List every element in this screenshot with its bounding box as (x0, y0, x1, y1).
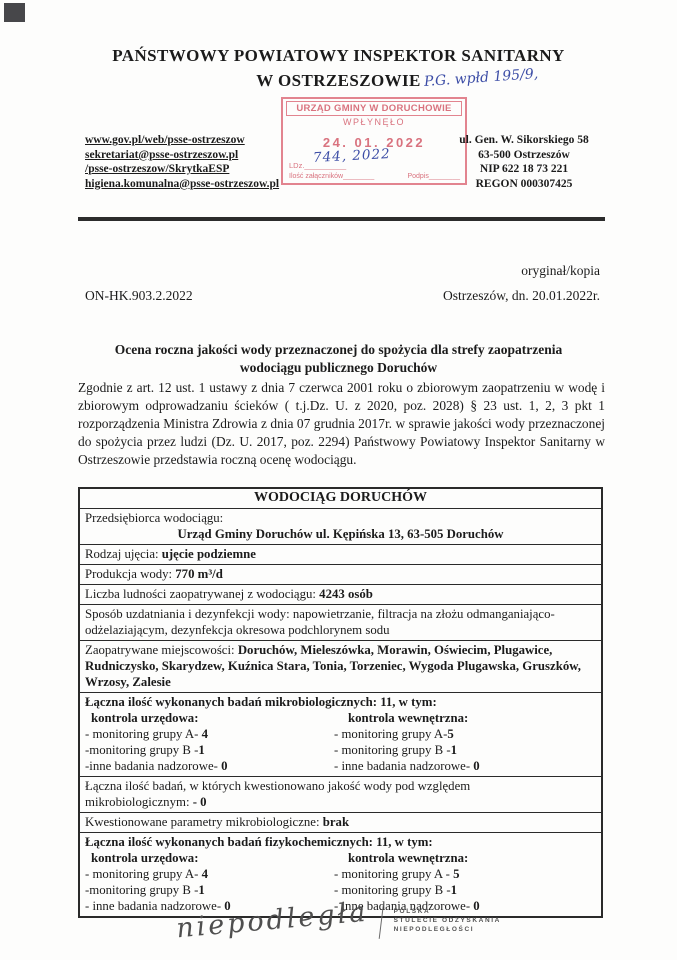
physchem-internal-item: - monitoring grupy B -1 (334, 882, 596, 898)
production-label: Produkcja wody: (85, 567, 175, 581)
table-row-population: Liczba ludności zaopatrywanej z wodociąg… (80, 584, 601, 604)
micro-official-item: -monitoring grupy B -1 (85, 742, 334, 758)
horizontal-rule (78, 217, 605, 221)
physchem-internal-item: - monitoring grupy A - 5 (334, 866, 596, 882)
address-regon: REGON 000307425 (440, 177, 608, 192)
localities-label: Zaopatrywane miejscowości: (85, 643, 238, 657)
physchem-official-item: -monitoring grupy B -1 (85, 882, 334, 898)
contact-website: www.gov.pl/web/psse-ostrzeszow (85, 133, 279, 148)
niepodlegla-script-text: niepodległa (175, 896, 370, 944)
table-row-treatment: Sposób uzdatniania i dezynfekcji wody: n… (80, 604, 601, 640)
questioned-line1: Łączna ilość badań, w których kwestionow… (85, 778, 596, 794)
production-value: 770 m³/d (175, 567, 223, 581)
document-title-line2: wodociągu publicznego Doruchów (0, 359, 677, 377)
population-label: Liczba ludności zaopatrywanej z wodociąg… (85, 587, 319, 601)
copy-label: oryginał/kopia (521, 263, 600, 279)
micro-internal-column: kontrola wewnętrzna: - monitoring grupy … (334, 710, 596, 774)
place-and-date: Ostrzeszów, dn. 20.01.2022r. (443, 288, 600, 304)
micro-official-column: kontrola urzędowa: - monitoring grupy A-… (85, 710, 334, 774)
physchem-official-item: - monitoring grupy A- 4 (85, 866, 334, 882)
provider-value: Urząd Gminy Doruchów ul. Kępińska 13, 63… (85, 526, 596, 542)
physchem-tests-heading: Łączna ilość wykonanych badań fizykochem… (85, 834, 596, 850)
address-city: 63-500 Ostrzeszów (440, 148, 608, 163)
table-row-production: Produkcja wody: 770 m³/d (80, 564, 601, 584)
table-header-waterworks: WODOCIĄG DORUCHÓW (80, 489, 601, 508)
scanned-document-page: PAŃSTWOWY POWIATOWY INSPEKTOR SANITARNY … (0, 0, 677, 960)
contact-epuap: /psse-ostrzeszow/SkrytkaESP (85, 162, 279, 177)
document-title-line1: Ocena roczna jakości wody przeznaczonej … (0, 341, 677, 359)
intro-paragraph: Zgodnie z art. 12 ust. 1 ustawy z dnia 7… (78, 379, 605, 469)
micro-internal-heading: kontrola wewnętrzna: (334, 710, 596, 726)
stamp-office-name: URZĄD GMINY W DORUCHOWIE (286, 101, 462, 116)
micro-internal-item: - monitoring grupy B -1 (334, 742, 596, 758)
questioned-line2: mikrobiologicznym: - 0 (85, 794, 596, 810)
logo-caption-line2: STULECIE ODZYSKANIA (394, 916, 501, 925)
micro-internal-item: - inne badania nadzorowe- 0 (334, 758, 596, 774)
parameters-label: Kwestionowane parametry mikrobiologiczne… (85, 815, 323, 829)
table-row-questioned-parameters: Kwestionowane parametry mikrobiologiczne… (80, 812, 601, 832)
stamp-received-label: WPŁYNĘŁO (283, 117, 465, 127)
letterhead-address: ul. Gen. W. Sikorskiego 58 63-500 Ostrze… (440, 133, 608, 191)
letterhead-title: PAŃSTWOWY POWIATOWY INSPEKTOR SANITARNY … (0, 46, 677, 91)
provider-label: Przedsiębiorca wodociągu: (85, 510, 596, 526)
parameters-value: brak (323, 815, 349, 829)
case-reference-number: ON-HK.903.2.2022 (85, 288, 193, 304)
table-row-questioned-tests: Łączna ilość badań, w których kwestionow… (80, 776, 601, 812)
micro-official-item: -inne badania nadzorowe- 0 (85, 758, 334, 774)
table-row-intake-type: Rodzaj ujęcia: ujęcie podziemne (80, 544, 601, 564)
micro-official-item: - monitoring grupy A- 4 (85, 726, 334, 742)
table-row-provider: Przedsiębiorca wodociągu: Urząd Gminy Do… (80, 508, 601, 544)
stamp-bottom-line: Ilość załączników________ Podpis________ (289, 173, 460, 180)
scan-artifact (4, 3, 25, 22)
intake-label: Rodzaj ujęcia: (85, 547, 162, 561)
micro-tests-heading: Łączna ilość wykonanych badań mikrobiolo… (85, 694, 596, 710)
table-row-microbiological-tests: Łączna ilość wykonanych badań mikrobiolo… (80, 692, 601, 776)
logo-divider (378, 901, 384, 939)
letterhead-title-line1: PAŃSTWOWY POWIATOWY INSPEKTOR SANITARNY (0, 46, 677, 66)
logo-caption: POLSKA STULECIE ODZYSKANIA NIEPODLEGŁOŚC… (394, 907, 501, 934)
letterhead-contact-links: www.gov.pl/web/psse-ostrzeszow sekretari… (85, 133, 279, 191)
stamp-ldz-line: LDz.__________ (289, 161, 346, 170)
document-title: Ocena roczna jakości wody przeznaczonej … (0, 341, 677, 376)
logo-caption-line3: NIEPODLEGŁOŚCI (394, 925, 501, 934)
stamp-attachments-label: Ilość załączników________ (289, 173, 374, 180)
address-nip: NIP 622 18 73 221 (440, 162, 608, 177)
contact-email-secretariat: sekretariat@psse-ostrzeszow.pl (85, 148, 279, 163)
intake-value: ujęcie podziemne (162, 547, 256, 561)
waterworks-table: WODOCIĄG DORUCHÓW Przedsiębiorca wodocią… (78, 487, 603, 918)
physchem-official-heading: kontrola urzędowa: (85, 850, 334, 866)
address-street: ul. Gen. W. Sikorskiego 58 (440, 133, 608, 148)
population-value: 4243 osób (319, 587, 373, 601)
contact-email-hygiene: higiena.komunalna@psse-ostrzeszow.pl (85, 177, 279, 192)
letterhead-title-line2: W OSTRZESZOWIE (0, 71, 677, 91)
logo-caption-line1: POLSKA (394, 907, 501, 916)
niepodlegla-logo: niepodległa POLSKA STULECIE ODZYSKANIA N… (0, 901, 677, 939)
micro-official-heading: kontrola urzędowa: (85, 710, 334, 726)
table-row-localities: Zaopatrywane miejscowości: Doruchów, Mie… (80, 640, 601, 692)
micro-internal-item: - monitoring grupy A-5 (334, 726, 596, 742)
physchem-internal-heading: kontrola wewnętrzna: (334, 850, 596, 866)
micro-tests-columns: kontrola urzędowa: - monitoring grupy A-… (85, 710, 596, 774)
